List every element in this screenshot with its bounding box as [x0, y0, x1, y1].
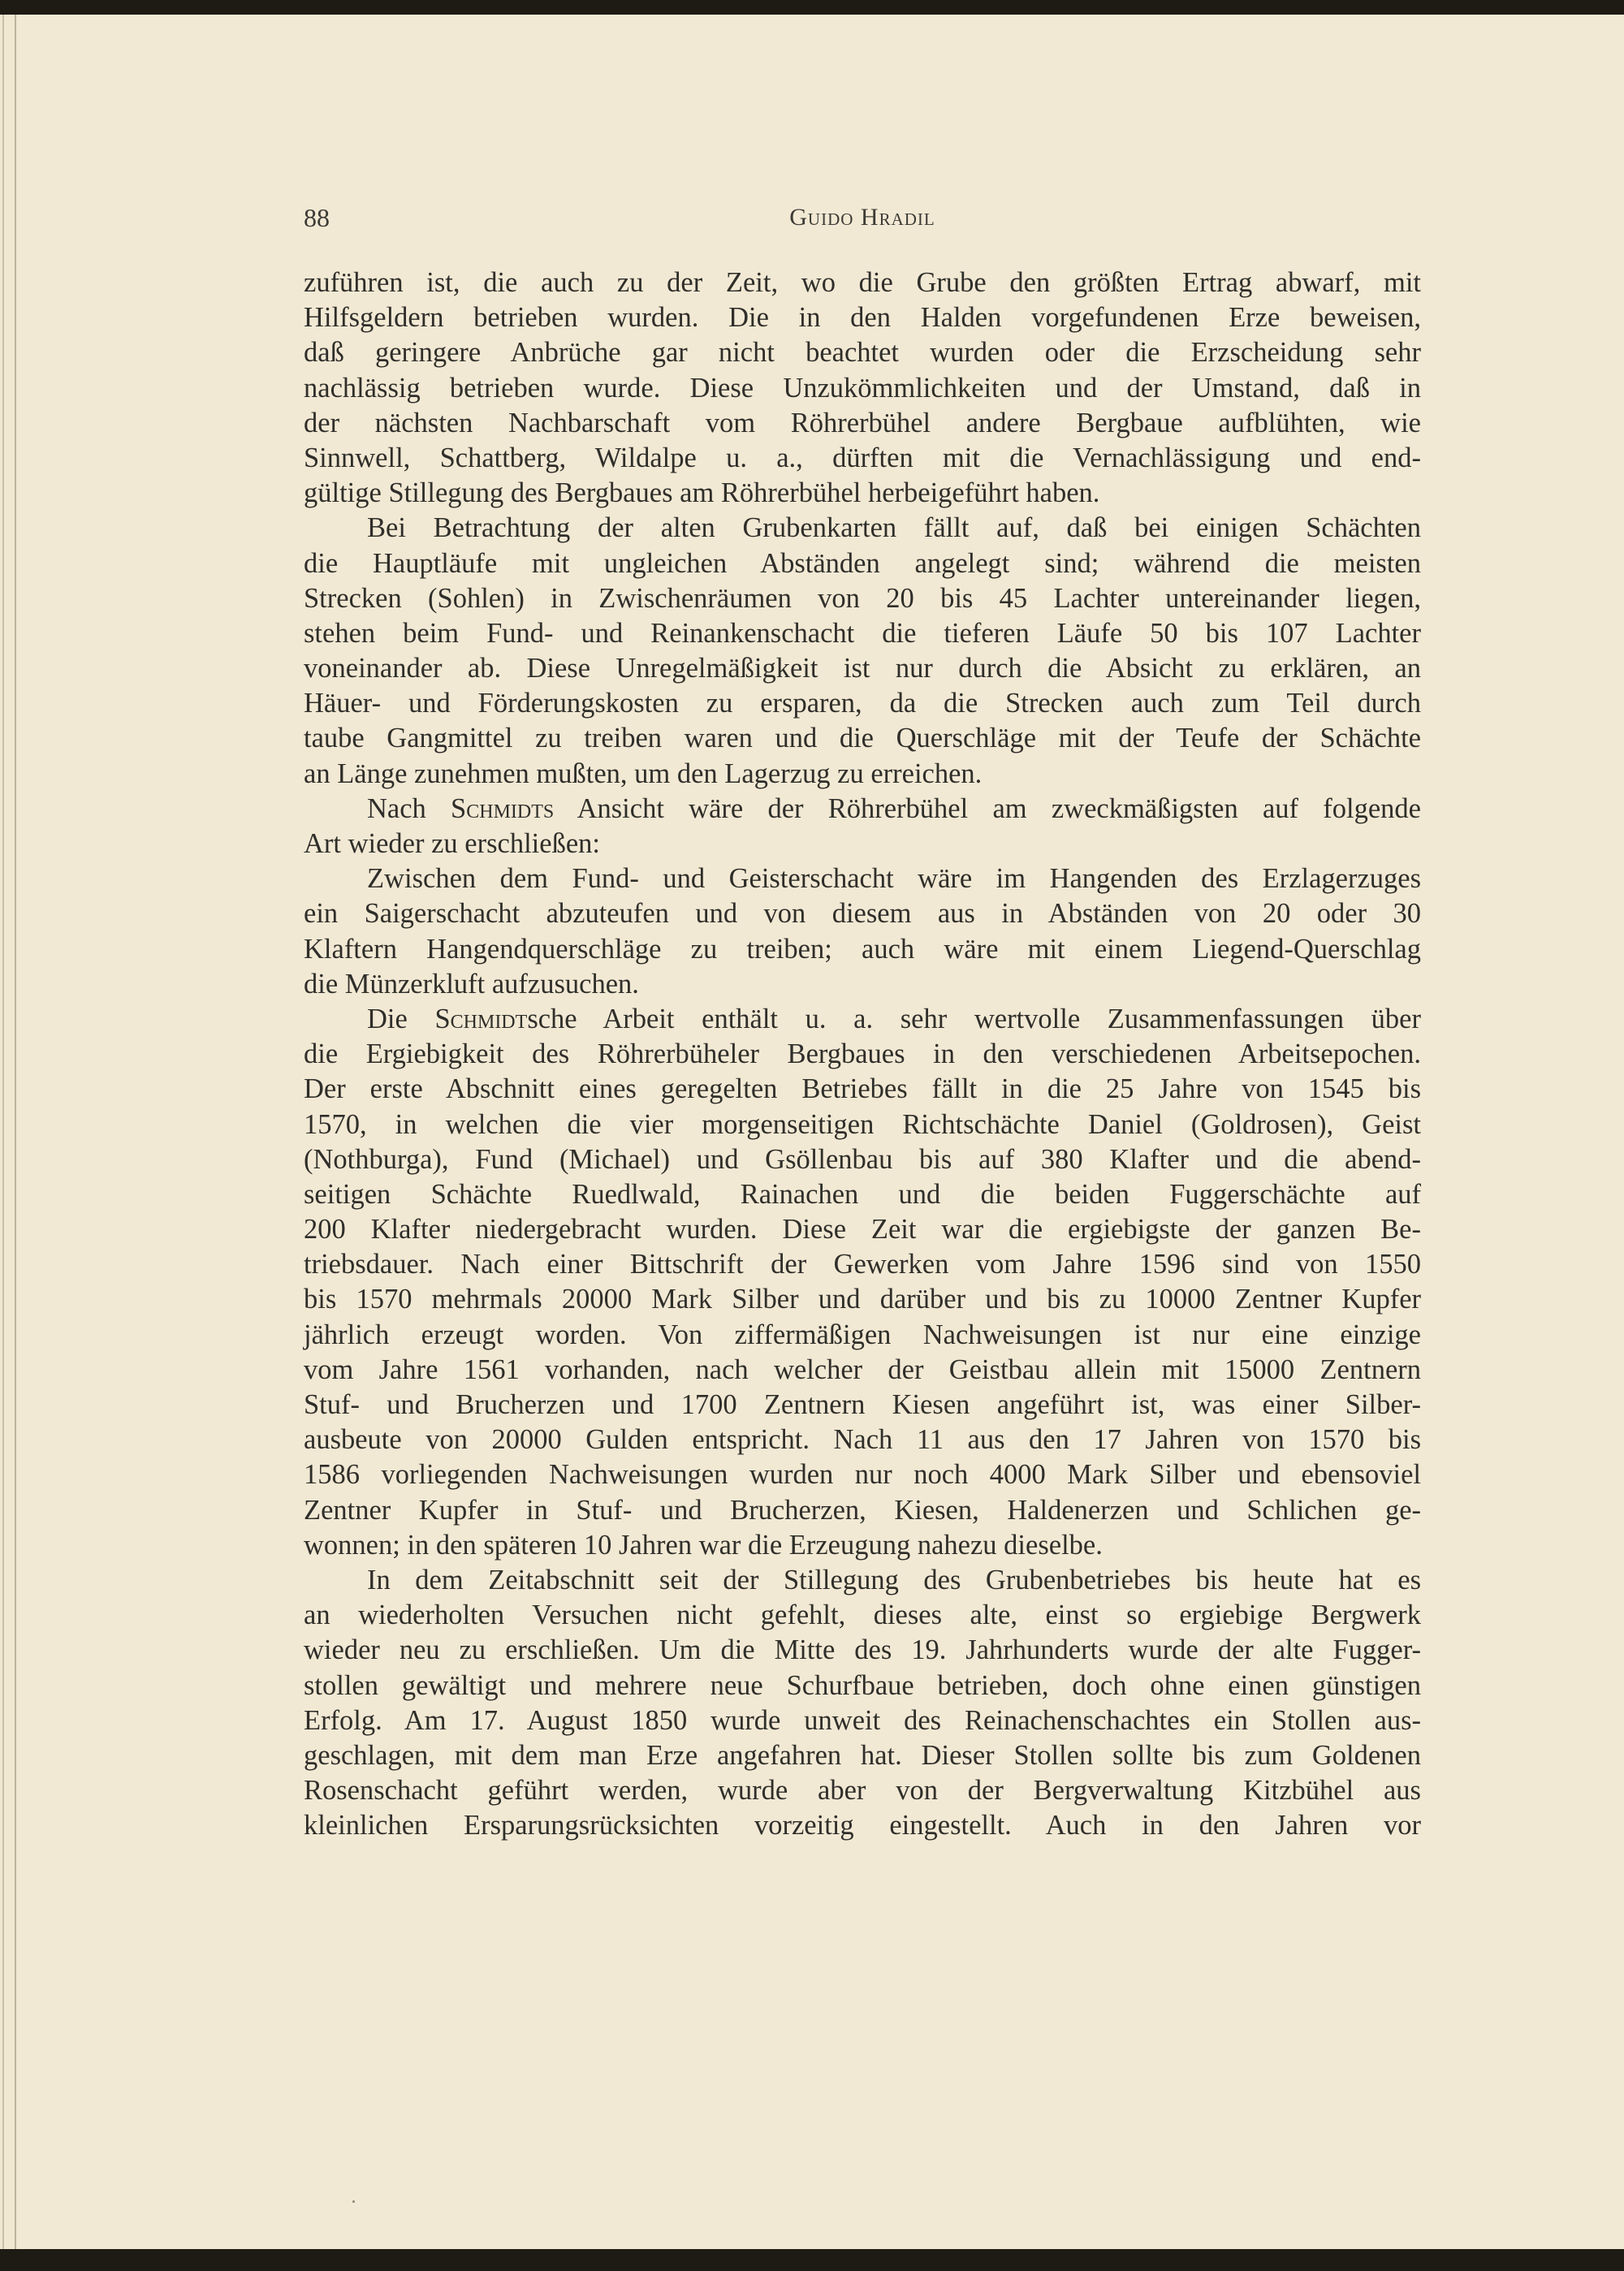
text-line: Bei Betrachtung der alten Grubenkarten f…	[304, 511, 1421, 546]
text-line: ein Saigerschacht abzuteufen und von die…	[304, 896, 1421, 931]
text-line: bis 1570 mehrmals 20000 Mark Silber und …	[304, 1282, 1421, 1317]
text-run: sche Arbeit enthält u. a. sehr wertvolle…	[527, 1004, 1421, 1034]
text-run: Die	[367, 1004, 434, 1034]
text-line: Art wieder zu erschließen:	[304, 827, 1421, 861]
paragraph: In dem Zeitabschnitt seit der Stillegung…	[304, 1563, 1421, 1844]
text-line: daß geringere Anbrüche gar nicht beachte…	[304, 335, 1421, 370]
text-line: taube Gangmittel zu treiben waren und di…	[304, 721, 1421, 756]
text-line: 200 Klafter niedergebracht wurden. Diese…	[304, 1212, 1421, 1247]
text-line: jährlich erzeugt worden. Von ziffermäßig…	[304, 1318, 1421, 1353]
text-line: Zentner Kupfer in Stuf- und Brucherzen, …	[304, 1493, 1421, 1528]
text-line: Die Schmidtsche Arbeit enthält u. a. seh…	[304, 1002, 1421, 1037]
text-line: Hilfsgeldern betrieben wurden. Die in de…	[304, 300, 1421, 335]
page-header: 88 Guido Hradil	[304, 201, 1421, 234]
paragraph: Zwischen dem Fund- und Geisterschacht wä…	[304, 861, 1421, 1002]
text-line: an Länge zunehmen mußten, um den Lagerzu…	[304, 757, 1421, 792]
text-line: nachlässig betrieben wurde. Diese Unzukö…	[304, 371, 1421, 406]
author-name-smallcaps: Schmidt	[434, 1004, 527, 1034]
text-line: triebsdauer. Nach einer Bittschrift der …	[304, 1247, 1421, 1282]
text-line: Rosenschacht geführt werden, wurde aber …	[304, 1773, 1421, 1808]
text-line: die Münzerkluft aufzusuchen.	[304, 967, 1421, 1002]
text-line: wieder neu zu erschließen. Um die Mitte …	[304, 1633, 1421, 1668]
paragraph: Bei Betrachtung der alten Grubenkarten f…	[304, 511, 1421, 792]
paragraph: zuführen ist, die auch zu der Zeit, wo d…	[304, 266, 1421, 511]
text-line: (Nothburga), Fund (Michael) und Gsöllenb…	[304, 1142, 1421, 1177]
text-line: wonnen; in den späteren 10 Jahren war di…	[304, 1528, 1421, 1563]
text-line: Stuf- und Brucherzen und 1700 Zentnern K…	[304, 1388, 1421, 1423]
paragraph: Nach Schmidts Ansicht wäre der Röhrerbüh…	[304, 792, 1421, 861]
text-run: Nach	[367, 793, 451, 824]
text-line: an wiederholten Versuchen nicht gefehlt,…	[304, 1598, 1421, 1633]
text-line: voneinander ab. Diese Unregelmäßigkeit i…	[304, 651, 1421, 686]
text-line: ausbeute von 20000 Gulden entspricht. Na…	[304, 1423, 1421, 1457]
text-line: stollen gewältigt und mehrere neue Schur…	[304, 1669, 1421, 1703]
text-line: die Hauptläufe mit ungleichen Abständen …	[304, 546, 1421, 581]
text-line: kleinlichen Ersparungsrücksichten vorzei…	[304, 1808, 1421, 1843]
text-line: der nächsten Nachbarschaft vom Röhrerbüh…	[304, 406, 1421, 441]
author-name-smallcaps: Schmidts	[451, 793, 554, 824]
paper-speck	[352, 2200, 355, 2203]
text-line: geschlagen, mit dem man Erze angefahren …	[304, 1738, 1421, 1773]
running-head: Guido Hradil	[304, 201, 1421, 234]
text-line: Strecken (Sohlen) in Zwischenräumen von …	[304, 581, 1421, 616]
text-line: Zwischen dem Fund- und Geisterschacht wä…	[304, 861, 1421, 896]
text-line: gültige Stillegung des Bergbaues am Röhr…	[304, 476, 1421, 511]
text-line: 1586 vorliegenden Nachweisungen wurden n…	[304, 1457, 1421, 1492]
text-line: 1570, in welchen die vier morgenseitigen…	[304, 1107, 1421, 1142]
text-line: Sinnwell, Schattberg, Wildalpe u. a., dü…	[304, 441, 1421, 476]
text-line: Häuer- und Förderungskosten zu ersparen,…	[304, 686, 1421, 721]
page-edge	[2, 15, 4, 2249]
text-line: Der erste Abschnitt eines geregelten Bet…	[304, 1072, 1421, 1107]
text-line: die Ergiebigkeit des Röhrerbüheler Bergb…	[304, 1037, 1421, 1072]
text-line: Erfolg. Am 17. August 1850 wurde unweit …	[304, 1703, 1421, 1738]
text-line: Nach Schmidts Ansicht wäre der Röhrerbüh…	[304, 792, 1421, 827]
text-line: zuführen ist, die auch zu der Zeit, wo d…	[304, 266, 1421, 300]
page-edge	[15, 15, 16, 2249]
text-line: seitigen Schächte Ruedlwald, Rainachen u…	[304, 1177, 1421, 1212]
body-text: zuführen ist, die auch zu der Zeit, wo d…	[304, 266, 1421, 1843]
paragraph: Die Schmidtsche Arbeit enthält u. a. seh…	[304, 1002, 1421, 1563]
text-line: vom Jahre 1561 vorhanden, nach welcher d…	[304, 1353, 1421, 1388]
text-run: Ansicht wäre der Röhrerbühel am zweckmäß…	[554, 793, 1421, 824]
text-line: stehen beim Fund- und Reinankenschacht d…	[304, 616, 1421, 651]
text-line: In dem Zeitabschnitt seit der Stillegung…	[304, 1563, 1421, 1598]
text-line: Klaftern Hangendquerschläge zu treiben; …	[304, 932, 1421, 967]
